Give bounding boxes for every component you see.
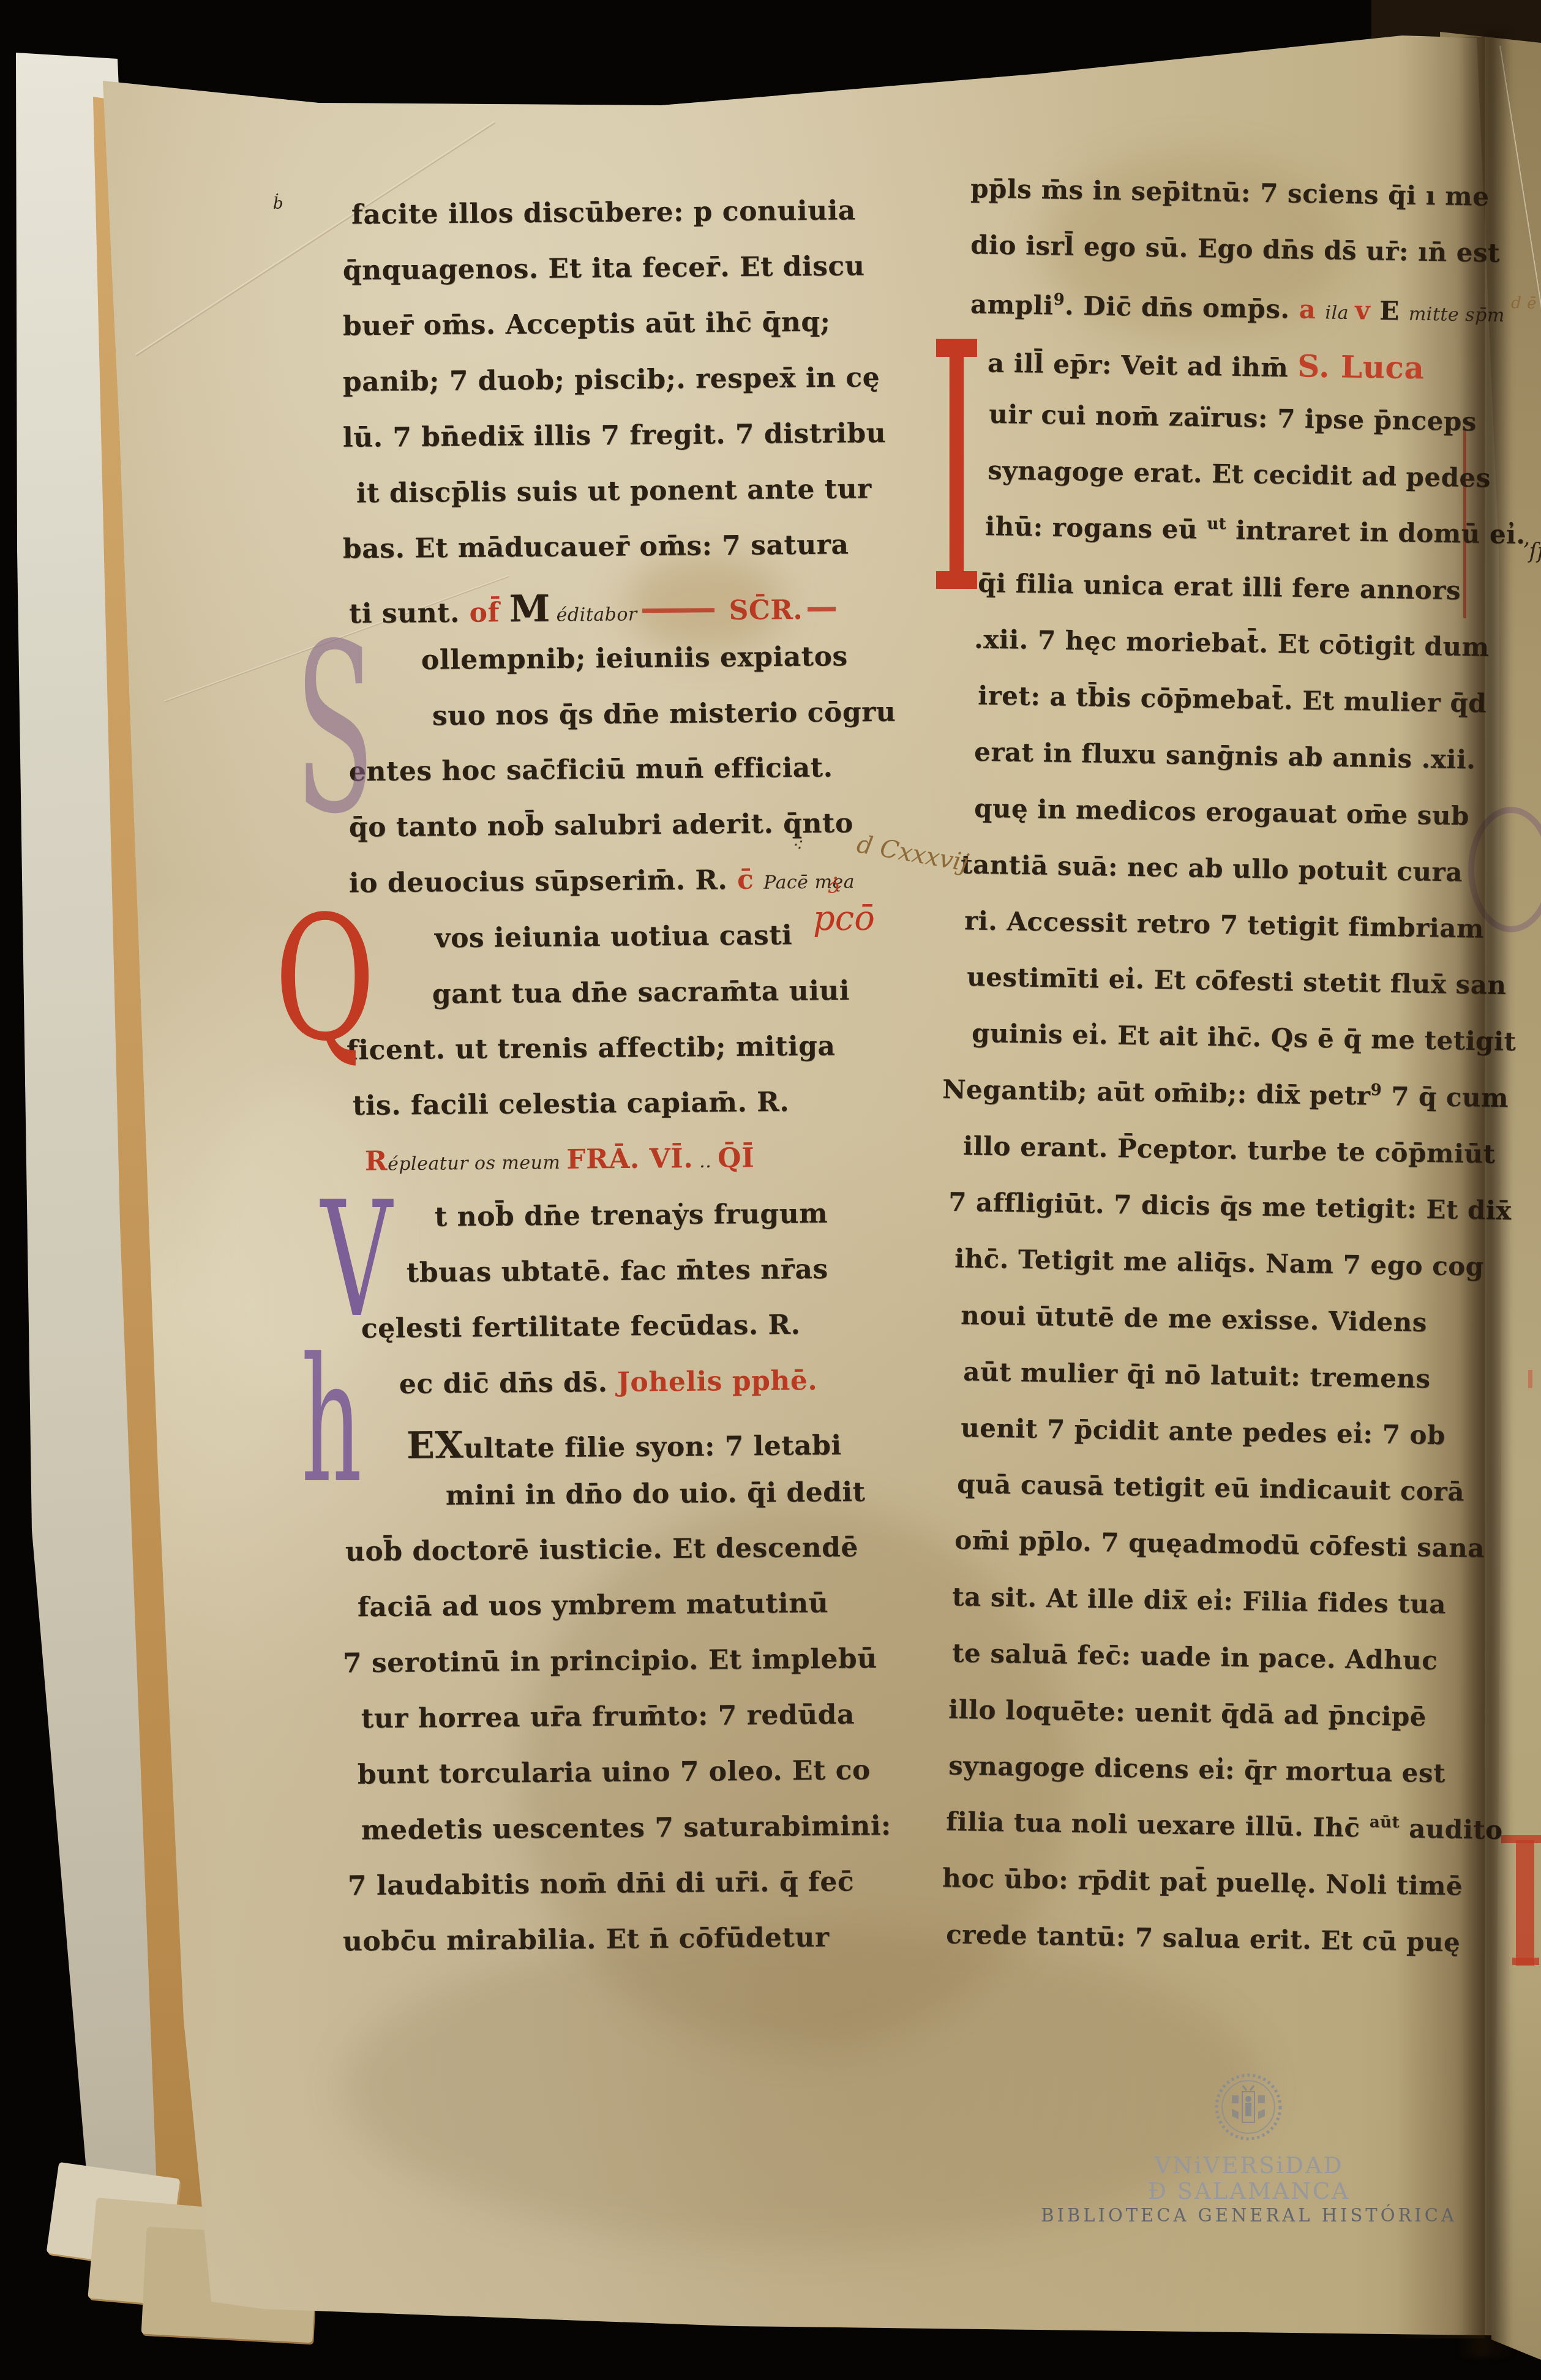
facing-page-letters: ʼſſ xyxy=(1522,539,1541,564)
stamp-university-name: VNiVERSiDAD xyxy=(1016,2152,1482,2179)
gloss-pco: pcō xyxy=(813,899,875,938)
interlinear-dots: ⁖ xyxy=(791,835,802,856)
correction-mark: ḃ xyxy=(273,195,283,213)
gutter-shadow xyxy=(1458,31,1512,2357)
stamp-university-name-2: Ð SALAMANCA xyxy=(1016,2178,1482,2204)
university-seal-icon xyxy=(1213,2072,1283,2142)
gloss-folio-number: d Cxxxvij xyxy=(855,830,971,877)
stamp-library-name: BIBLIOTECA GENERAL HISTÓRICA xyxy=(1016,2205,1482,2226)
marginalia: ḃd Cxxxvijɔ̓pcō⁖ʼſſ xyxy=(0,0,1541,2380)
gloss-apostrophe: ɔ̓ xyxy=(828,874,839,899)
